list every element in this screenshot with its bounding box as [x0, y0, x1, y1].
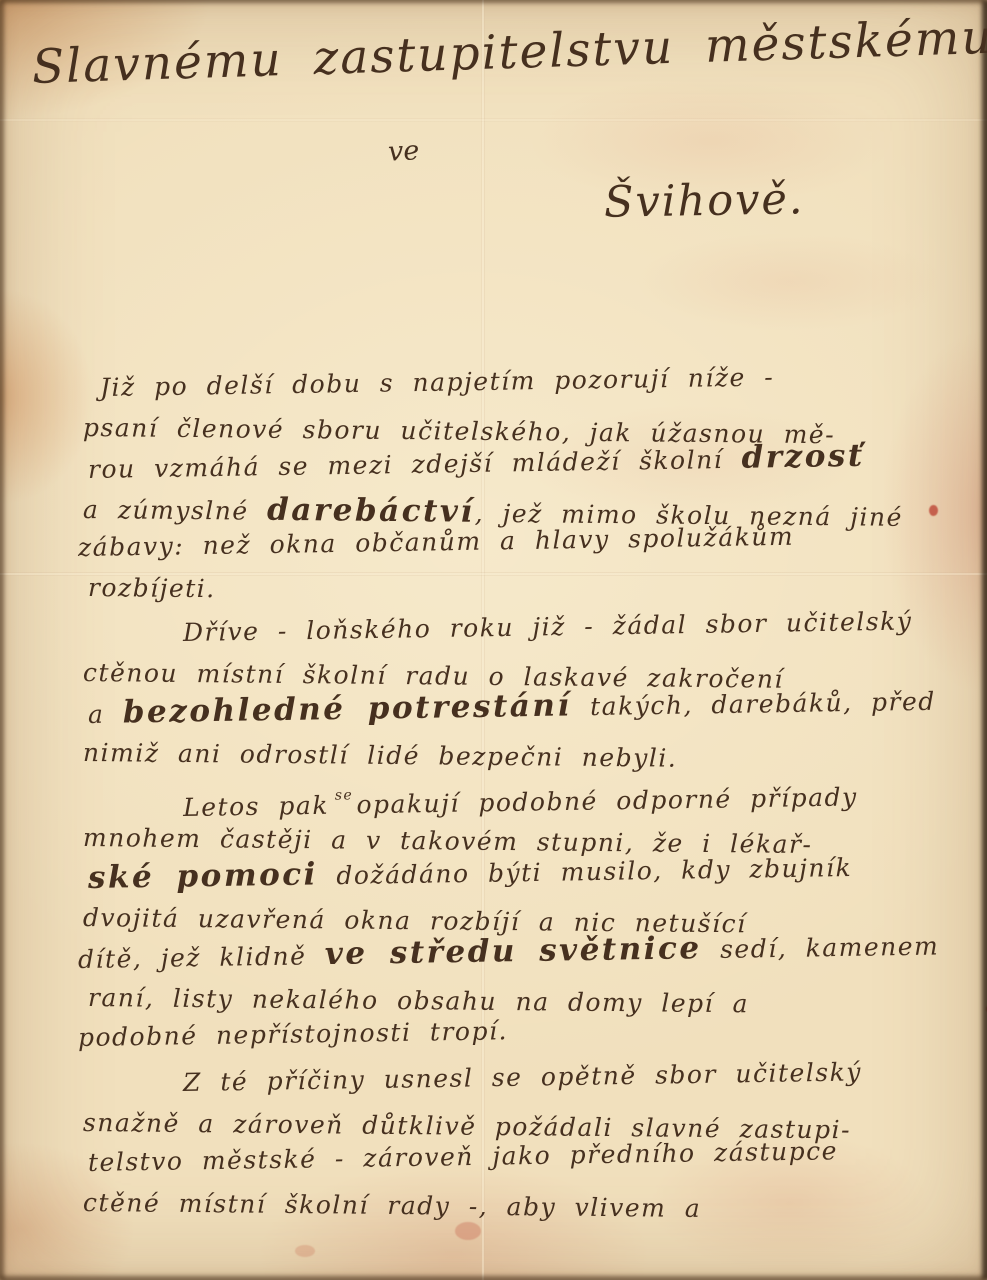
- line-text: rozbíjeti.: [88, 573, 216, 603]
- letter-page: Slavnému zastupitelstvu městskému ve Švi…: [0, 0, 987, 1280]
- line-text: nimiž ani odrostlí lidé bezpečni nebyli.: [83, 738, 678, 773]
- line-text: Dříve - loňského roku již - žádal sbor u…: [183, 607, 913, 647]
- line-text: podobné nepřístojnosti tropí.: [78, 1016, 508, 1052]
- scan-edge: [0, 0, 4, 1280]
- letter-line: Již po delší dobu s napjetím pozorují ní…: [100, 354, 968, 408]
- line-text: telstvo městské - zároveň jako předního …: [88, 1136, 838, 1177]
- letter-line: Z té příčiny usnesl se opětně sbor učite…: [183, 1051, 968, 1103]
- letter-body: Již po delší dobu s napjetím pozorují ní…: [78, 368, 967, 1228]
- line-text: rou vzmáhá se mezi zdejší mládeží školní: [88, 445, 742, 484]
- line-text: dítě, jež klidně: [78, 941, 325, 974]
- letter-paragraph: Dříve - loňského roku již - žádal sbor u…: [78, 613, 967, 773]
- letter-recipient: Slavnému zastupitelstvu městskému: [31, 10, 987, 95]
- paper-speck: [295, 1245, 315, 1257]
- line-text: a zúmyslné: [83, 495, 267, 526]
- inserted-word: se: [335, 787, 354, 803]
- emphasized-word: ské pomoci: [88, 856, 318, 896]
- emphasized-word: ve středu světnice: [325, 930, 702, 972]
- scan-edge: [0, 1276, 987, 1280]
- line-text: opakují podobné odporné případy: [356, 782, 858, 819]
- line-text: zábavy: než okna občanům a hlavy spolužá…: [78, 522, 795, 562]
- letter-paragraph: Již po delší dobu s napjetím pozorují ní…: [78, 368, 967, 608]
- letter-paragraph: Letos pakseopakují podobné odporné přípa…: [78, 778, 967, 1058]
- scan-edge: [982, 0, 987, 1280]
- scan-edge: [0, 0, 987, 3]
- emphasized-word: bezohledné potrestání: [123, 687, 572, 730]
- letter-paragraph: Z té příčiny usnesl se opětně sbor učite…: [78, 1063, 967, 1223]
- letter-place: Švihově.: [604, 174, 805, 227]
- horizontal-fold-crease: [0, 118, 987, 122]
- line-text: dožádáno býti musilo, kdy zbujník: [318, 853, 853, 890]
- line-text: a: [88, 699, 123, 729]
- line-text: Z té příčiny usnesl se opětně sbor učite…: [183, 1057, 862, 1097]
- letter-preposition: ve: [387, 135, 420, 168]
- line-text: sedí, kamenem: [701, 931, 939, 964]
- line-text: takých, darebáků, před: [571, 687, 936, 722]
- line-text: ctěné místní školní rady -, aby vlivem a: [83, 1188, 701, 1223]
- line-text: Letos pak: [183, 791, 329, 822]
- line-text: Již po delší dobu s napjetím pozorují ní…: [100, 362, 775, 402]
- letter-line: ctěné místní školní rady -, aby vlivem a: [83, 1183, 972, 1232]
- emphasized-word: drzosť: [741, 438, 865, 476]
